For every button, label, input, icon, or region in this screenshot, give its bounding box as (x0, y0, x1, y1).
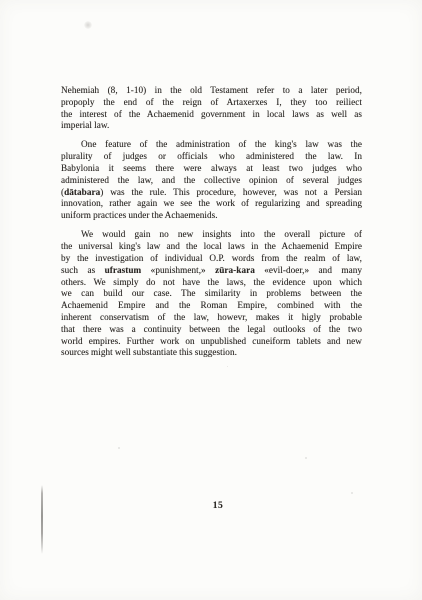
text-line: We would gain no new insights into the o… (61, 229, 362, 241)
text-line: sources might well substantiate this sug… (61, 347, 362, 359)
text-line: by the investigation of individual O.P. … (61, 253, 362, 265)
text-line: others. We simply do not have the laws, … (61, 277, 362, 289)
text-line: plurality of judges or officials who adm… (61, 151, 362, 163)
scan-speck (118, 447, 120, 449)
scan-speck (351, 492, 353, 494)
paragraph: We would gain no new insights into the o… (61, 229, 362, 359)
paragraph: One feature of the administration of the… (61, 139, 362, 222)
text-line: we can build our case. The similarity in… (61, 288, 362, 300)
text-line: world empires. Further work on unpublish… (61, 336, 362, 348)
text-line: innovation, rather again we see the work… (61, 198, 362, 210)
scan-scratch-line (41, 485, 43, 554)
text-line: Nehemiah (8, 1-10) in the old Testament … (61, 85, 362, 97)
text-line: uniform practices under the Achaemenids. (61, 210, 362, 222)
document-page: Nehemiah (8, 1-10) in the old Testament … (0, 0, 422, 600)
page-number: 15 (61, 501, 375, 511)
text-line: such as ufrastum «punishment,» zūra-kara… (61, 265, 362, 277)
scan-speck (305, 457, 307, 459)
text-line: propoply the end of the reign of Artaxer… (61, 97, 362, 109)
text-line: imperial law. (61, 120, 362, 132)
text-line: the universal king's law and the local l… (61, 241, 362, 253)
text-line: Babylonia it seems there were always at … (61, 163, 362, 175)
text-line: that there was a continuity between the … (61, 324, 362, 336)
scan-smudge (84, 21, 92, 29)
paragraph: Nehemiah (8, 1-10) in the old Testament … (61, 85, 362, 132)
text-line: One feature of the administration of the… (61, 139, 362, 151)
text-line: Achaemenid Empire and the Roman Empire, … (61, 300, 362, 312)
text-line: inherent conservatism of the law, howevr… (61, 312, 362, 324)
text-line: administered the law, and the collective… (61, 175, 362, 187)
text-line: the interest of the Achaemenid governmen… (61, 109, 362, 121)
text-block: Nehemiah (8, 1-10) in the old Testament … (61, 85, 362, 359)
scan-speck (227, 366, 228, 367)
text-line: (dātabara) was the rule. This procedure,… (61, 187, 362, 199)
